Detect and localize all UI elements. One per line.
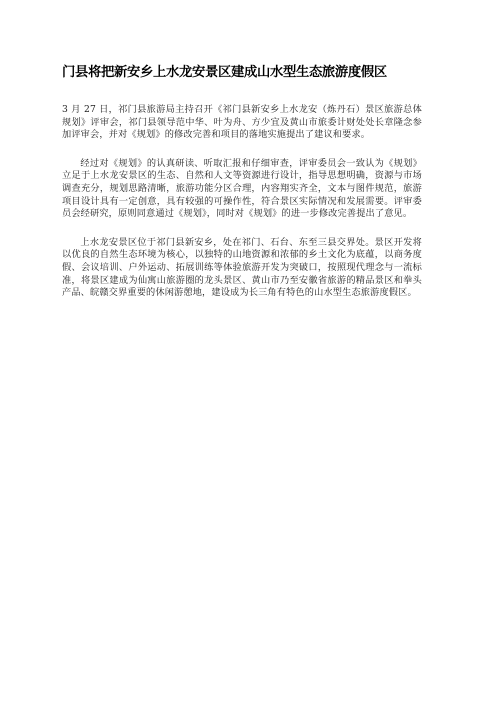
document-page: 门县将把新安乡上水龙安景区建成山水型生态旅游度假区 3 月 27 日，祁门县旅游… [62, 64, 422, 316]
paragraph-review-meeting: 3 月 27 日，祁门县旅游局主持召开《祁门县新安乡上水龙安（炼丹石）景区旅游总… [62, 104, 422, 142]
document-title: 门县将把新安乡上水龙安景区建成山水型生态旅游度假区 [62, 64, 422, 82]
paragraph-review-conclusion: 经过对《规划》的认真研读、听取汇报和仔细审查，评审委员会一致认为《规划》立足于上… [62, 158, 422, 221]
paragraph-scenic-area-description: 上水龙安景区位于祁门县新安乡，处在祁门、石台、东至三县交界处。景区开发将以优良的… [62, 237, 422, 300]
